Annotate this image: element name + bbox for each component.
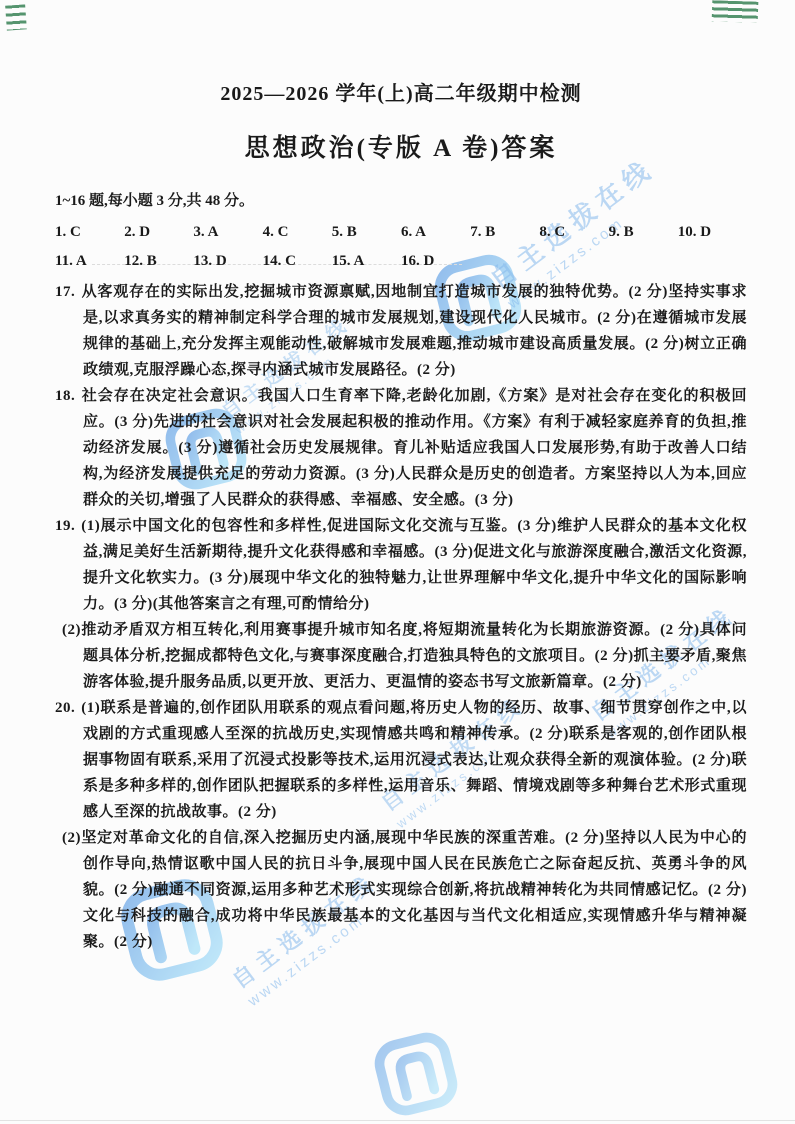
question-17-answer: 17.从客观存在的实际出发,挖掘城市资源禀赋,因地制宜打造城市发展的独特优势。(…	[55, 279, 747, 383]
question-number: 18.	[55, 388, 81, 404]
answer-text: (2)推动矛盾双方相互转化,利用赛事提升城市知名度,将短期流量转化为长期旅游资源…	[62, 622, 747, 690]
answer-cell: 8. C	[539, 224, 608, 241]
exam-subtitle: 思想政治(专版 A 卷)答案	[55, 132, 747, 166]
document-content: 2025—2026 学年(上)高二年级期中检测 思想政治(专版 A 卷)答案 1…	[55, 0, 747, 955]
question-number: 17.	[55, 284, 81, 300]
answer-cell: 10. D	[678, 224, 747, 241]
question-19-answer-part2: (2)推动矛盾双方相互转化,利用赛事提升城市知名度,将短期流量转化为长期旅游资源…	[55, 617, 747, 695]
scan-corner-mark-right	[712, 0, 759, 23]
answer-cell: 9. B	[609, 224, 678, 241]
scoring-note: 1~16 题,每小题 3 分,共 48 分。	[55, 189, 747, 213]
scan-bottom-edge	[0, 1120, 795, 1121]
answer-cell: 12. B	[124, 253, 193, 270]
answer-text: (2)坚定对革命文化的自信,深入挖掘历史内涵,展现中华民族的深重苦难。(2 分)…	[62, 830, 747, 950]
question-20-answer-part1: 20.(1)联系是普遍的,创作团队用联系的观点看问题,将历史人物的经历、故事、细…	[55, 695, 747, 825]
answer-cell: 14. C	[263, 253, 332, 270]
exam-title: 2025—2026 学年(上)高二年级期中检测	[55, 0, 747, 108]
answer-text: 社会存在决定社会意识。我国人口生育率下降,老龄化加剧,《方案》是对社会存在变化的…	[81, 388, 747, 508]
question-19-answer-part1: 19.(1)展示中国文化的包容性和多样性,促进国际文化交流与互鉴。(3 分)维护…	[55, 513, 747, 617]
zizzs-logo-icon	[363, 1021, 470, 1124]
answer-cell: 1. C	[55, 224, 124, 241]
answer-text: (1)联系是普遍的,创作团队用联系的观点看问题,将历史人物的经历、故事、细节贯穿…	[81, 700, 747, 820]
answer-cell: 16. D	[401, 253, 470, 270]
answer-cell: 2. D	[124, 224, 193, 241]
scanned-answer-sheet: 自主选拔在线 www.zizzs.com 自主选拔在线 www.zizzs.co…	[0, 0, 795, 1124]
answer-key-grid: 1. C 2. D 3. A 4. C 5. B 6. A 7. B 8. C …	[55, 218, 747, 276]
scan-corner-mark-left	[5, 4, 27, 30]
answer-cell: 13. D	[193, 253, 262, 270]
answer-cell: 7. B	[470, 224, 539, 241]
question-number: 19.	[55, 518, 81, 534]
answer-cell: 11. A	[55, 253, 124, 270]
answer-cell: 6. A	[401, 224, 470, 241]
answer-text: (1)展示中国文化的包容性和多样性,促进国际文化交流与互鉴。(3 分)维护人民群…	[81, 518, 747, 612]
answer-cell: 3. A	[193, 224, 262, 241]
question-20-answer-part2: (2)坚定对革命文化的自信,深入挖掘历史内涵,展现中华民族的深重苦难。(2 分)…	[55, 825, 747, 955]
question-18-answer: 18.社会存在决定社会意识。我国人口生育率下降,老龄化加剧,《方案》是对社会存在…	[55, 383, 747, 513]
answer-cell: 15. A	[332, 253, 401, 270]
answer-cell: 4. C	[263, 224, 332, 241]
answer-cell: 5. B	[332, 224, 401, 241]
question-number: 20.	[55, 700, 81, 716]
answer-text: 从客观存在的实际出发,挖掘城市资源禀赋,因地制宜打造城市发展的独特优势。(2 分…	[81, 284, 747, 378]
